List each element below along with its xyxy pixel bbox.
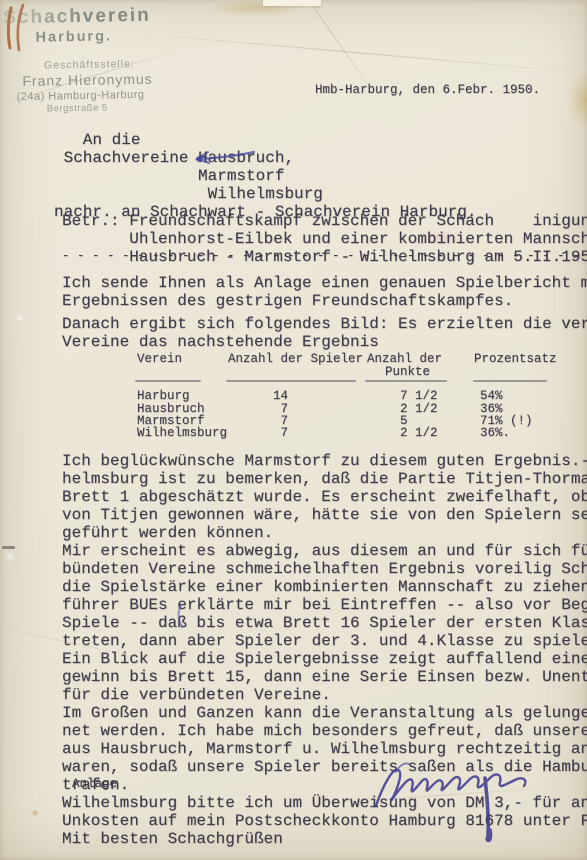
office-holder-name: Franz Hieronymus (22, 71, 153, 89)
subject-underline: - - - - - - - - - - - - - - - - - - - - … (62, 250, 580, 263)
table-header-underline (473, 380, 547, 382)
table-header-punkte-line2: Punkte (385, 366, 430, 379)
org-name: Schachverein (3, 5, 152, 30)
pen-arrow-mark (188, 146, 260, 170)
enclosure-note: Anlage (72, 778, 117, 791)
pencil-dash-mark (2, 546, 15, 549)
table-header-underline (135, 380, 201, 382)
result-intro-paragraph: Danach ergibt sich folgendes Bild: Es er… (62, 315, 587, 351)
letterhead: Schachverein Harburg. Geschäftsstelle: F… (3, 5, 153, 116)
letter-page: Schachverein Harburg. Geschäftsstelle: F… (0, 0, 587, 860)
office-label: Geschäftsstelle: (44, 58, 153, 72)
date-line: Hmb-Harburg, den 6.Febr. 1950. (315, 84, 540, 97)
paper-tear-notch (263, 0, 321, 6)
intro-paragraph: Ich sende Ihnen als Anlage einen genauen… (62, 274, 587, 310)
pen-tick-mark (172, 603, 190, 629)
results-table: Verein Anzahl der Spieler Anzahl der Pun… (62, 352, 582, 447)
signature (366, 736, 541, 848)
table-cell-verein: Wilhelmsburg (137, 427, 227, 440)
table-header-underline (365, 380, 447, 382)
table-header-underline (226, 380, 356, 382)
table-header-spieler: Anzahl der Spieler (228, 353, 363, 366)
table-cell-punkte: 2 1/2 (400, 427, 438, 440)
paper-crease (121, 32, 587, 74)
office-city-line: (24a) Hamburg-Harburg (17, 89, 154, 103)
table-header-prozentsatz: Prozentsatz (474, 353, 557, 366)
org-city: Harburg. (35, 28, 152, 46)
paper-crease (284, 0, 377, 96)
table-cell-spieler: 7 (242, 427, 288, 440)
recipient-address: An die Schachvereine Hausbruch, Marmstor… (54, 131, 476, 221)
table-header-verein: Verein (137, 353, 182, 366)
office-street-line: Bergstraße 5 (47, 102, 154, 115)
table-cell-prozent: 36%. (480, 427, 510, 440)
